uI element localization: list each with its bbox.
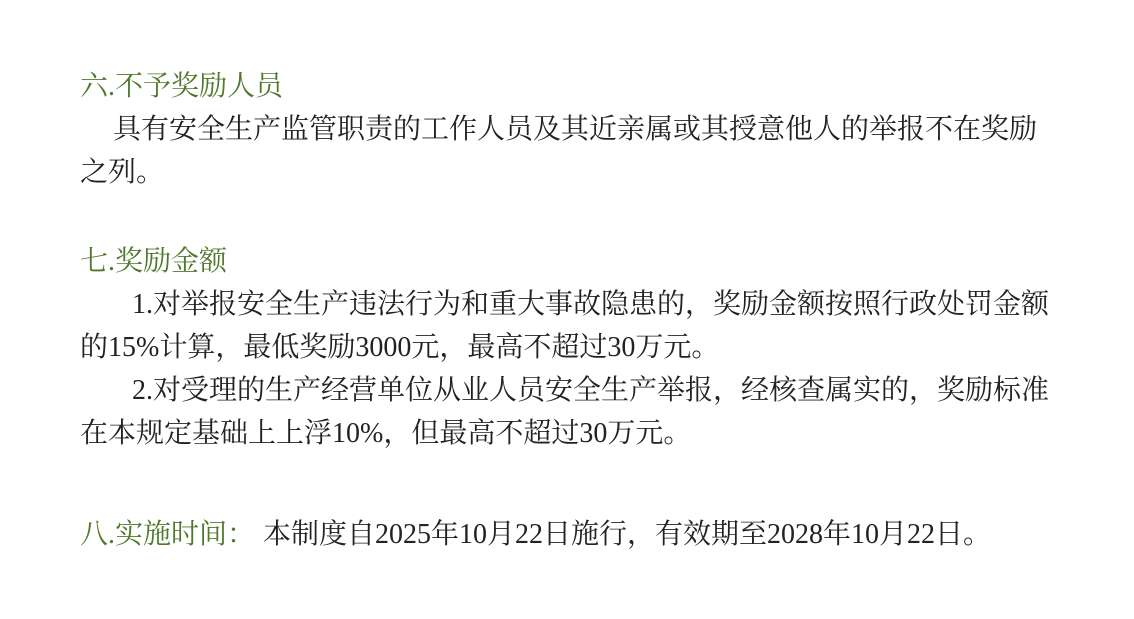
section-eight-line: 八.实施时间：本制度自2025年10月22日施行，有效期至2028年10月22日…: [80, 513, 1050, 556]
section-six-heading: 六.不予奖励人员: [80, 65, 1050, 108]
section-seven-item-2: 2.对受理的生产经营单位从业人员安全生产举报，经核查属实的，奖励标准在本规定基础…: [80, 369, 1050, 455]
section-reward-amount: 七.奖励金额 1.对举报安全生产违法行为和重大事故隐患的，奖励金额按照行政处罚金…: [80, 240, 1050, 455]
section-seven-item-1: 1.对举报安全生产违法行为和重大事故隐患的，奖励金额按照行政处罚金额的15%计算…: [80, 283, 1050, 369]
section-no-reward-personnel: 六.不予奖励人员 具有安全生产监管职责的工作人员及其近亲属或其授意他人的举报不在…: [80, 65, 1050, 194]
section-eight-text: 本制度自2025年10月22日施行，有效期至2028年10月22日。: [263, 519, 991, 550]
section-seven-heading: 七.奖励金额: [80, 240, 1050, 283]
document-page: 六.不予奖励人员 具有安全生产监管职责的工作人员及其近亲属或其授意他人的举报不在…: [0, 0, 1134, 619]
section-implementation-time: 八.实施时间：本制度自2025年10月22日施行，有效期至2028年10月22日…: [80, 513, 1050, 556]
section-six-paragraph: 具有安全生产监管职责的工作人员及其近亲属或其授意他人的举报不在奖励之列。: [80, 108, 1050, 194]
section-eight-label: 八.实施时间：: [80, 519, 255, 550]
